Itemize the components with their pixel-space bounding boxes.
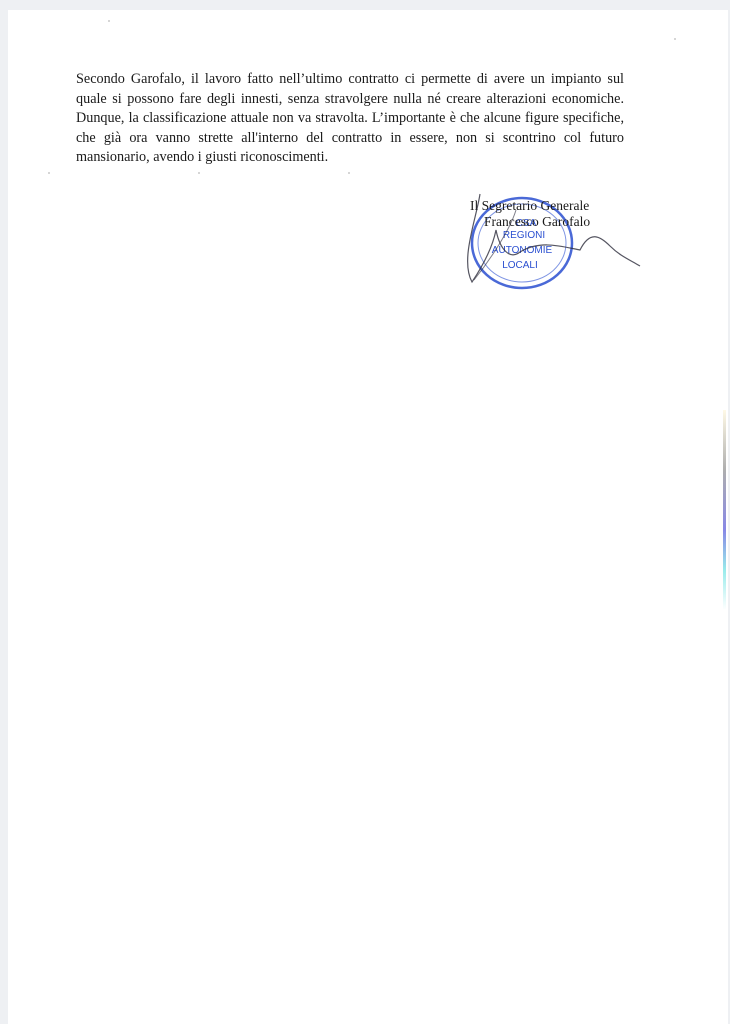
scan-edge-artifact: [723, 410, 726, 610]
scan-speck: [348, 172, 350, 174]
handwritten-signature-icon: [450, 190, 650, 300]
document-page: Secondo Garofalo, il lavoro fatto nell’u…: [8, 10, 728, 1024]
scan-speck: [198, 172, 200, 174]
scan-speck: [108, 20, 110, 22]
signature-block: CSA REGIONI AUTONOMIE LOCALI Il Segretar…: [450, 190, 650, 300]
scan-speck: [48, 172, 50, 174]
body-paragraph: Secondo Garofalo, il lavoro fatto nell’u…: [76, 70, 624, 168]
scan-speck: [674, 38, 676, 40]
